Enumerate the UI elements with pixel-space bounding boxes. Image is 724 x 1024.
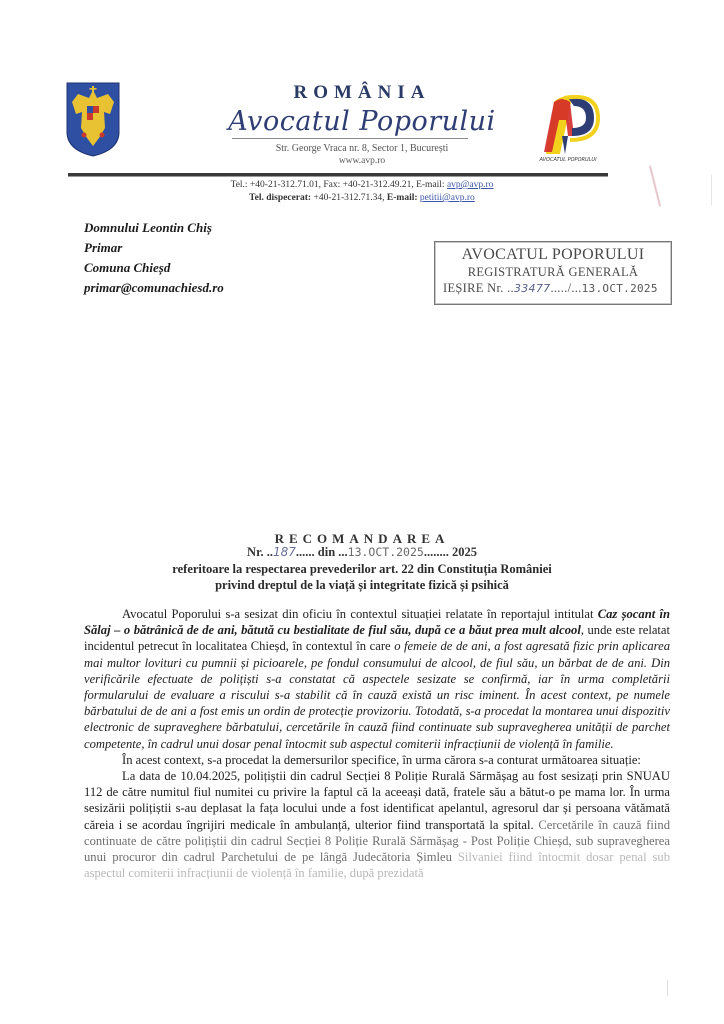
header-country: ROMÂNIA <box>0 82 724 104</box>
recipient-title: Primar <box>84 238 224 258</box>
email-link-avp[interactable]: avp@avp.ro <box>447 180 493 190</box>
document-subtitle-1: referitoare la respectarea prevederilor … <box>0 562 724 577</box>
recipient-block: Domnului Leontin Chiș Primar Comuna Chie… <box>84 218 224 298</box>
header-contact-line2: Tel. dispecerat: +40-21-312.71.34, E-mai… <box>0 193 724 203</box>
scan-mark <box>667 980 668 996</box>
stamp-exit-number: 33477 <box>514 282 551 295</box>
header-divider <box>68 173 608 177</box>
body-paragraph-3: La data de 10.04.2025, polițiștii din ca… <box>84 768 670 881</box>
stamp-registry: REGISTRATURĂ GENERALĂ <box>435 265 671 280</box>
recipient-name: Domnului Leontin Chiș <box>84 218 224 238</box>
header-divider-small <box>232 138 468 139</box>
document-year: 2025 <box>452 545 477 559</box>
registry-stamp: AVOCATUL POPORULUI REGISTRATURĂ GENERALĂ… <box>434 241 672 305</box>
dispatch-phone: +40-21-312.71.34, <box>311 193 387 203</box>
stamp-exit-line: IEȘIRE Nr. ..33477...../...13.OCT.2025 <box>435 281 671 296</box>
header-contact-line1: Tel.: +40-21-312.71.01, Fax: +40-21-312.… <box>0 180 724 190</box>
document-number: 187 <box>273 545 296 559</box>
contact-phone-fax: Tel.: +40-21-312.71.01, Fax: +40-21-312.… <box>231 180 447 190</box>
recipient-organization: Comuna Chieșd <box>84 258 224 278</box>
document-body: Avocatul Poporului s-a sesizat din ofici… <box>84 606 670 881</box>
header-institution-name: Avocatul Poporului <box>0 106 724 137</box>
avocatul-poporului-logo-icon: AVOCATUL POPORULUI <box>532 90 604 164</box>
svg-text:AVOCATUL POPORULUI: AVOCATUL POPORULUI <box>538 157 597 163</box>
recipient-email[interactable]: primar@comunachiesd.ro <box>84 278 224 298</box>
stamp-exit-label: IEȘIRE Nr. <box>443 281 504 295</box>
email-label: E-mail: <box>387 193 418 203</box>
document-number-line: Nr. ..187...... din ...13.OCT.2025......… <box>0 545 724 560</box>
stamp-institution: AVOCATUL POPORULUI <box>435 246 671 264</box>
stamp-exit-date: 13.OCT.2025 <box>582 282 658 295</box>
body-paragraph-2: În acest context, s-a procedat la demers… <box>84 752 670 768</box>
body-paragraph-1: Avocatul Poporului s-a sesizat din ofici… <box>84 606 670 752</box>
email-link-petitii[interactable]: petitii@avp.ro <box>420 193 475 203</box>
document-date-stamp: 13.OCT.2025 <box>348 545 424 559</box>
scan-mark <box>711 175 712 205</box>
header-website: www.avp.ro <box>0 156 724 166</box>
dispatch-label: Tel. dispecerat: <box>249 193 311 203</box>
document-subtitle-2: privind dreptul de la viață și integrita… <box>0 578 724 593</box>
header-address: Str. George Vraca nr. 8, Sector 1, Bucur… <box>0 143 724 154</box>
